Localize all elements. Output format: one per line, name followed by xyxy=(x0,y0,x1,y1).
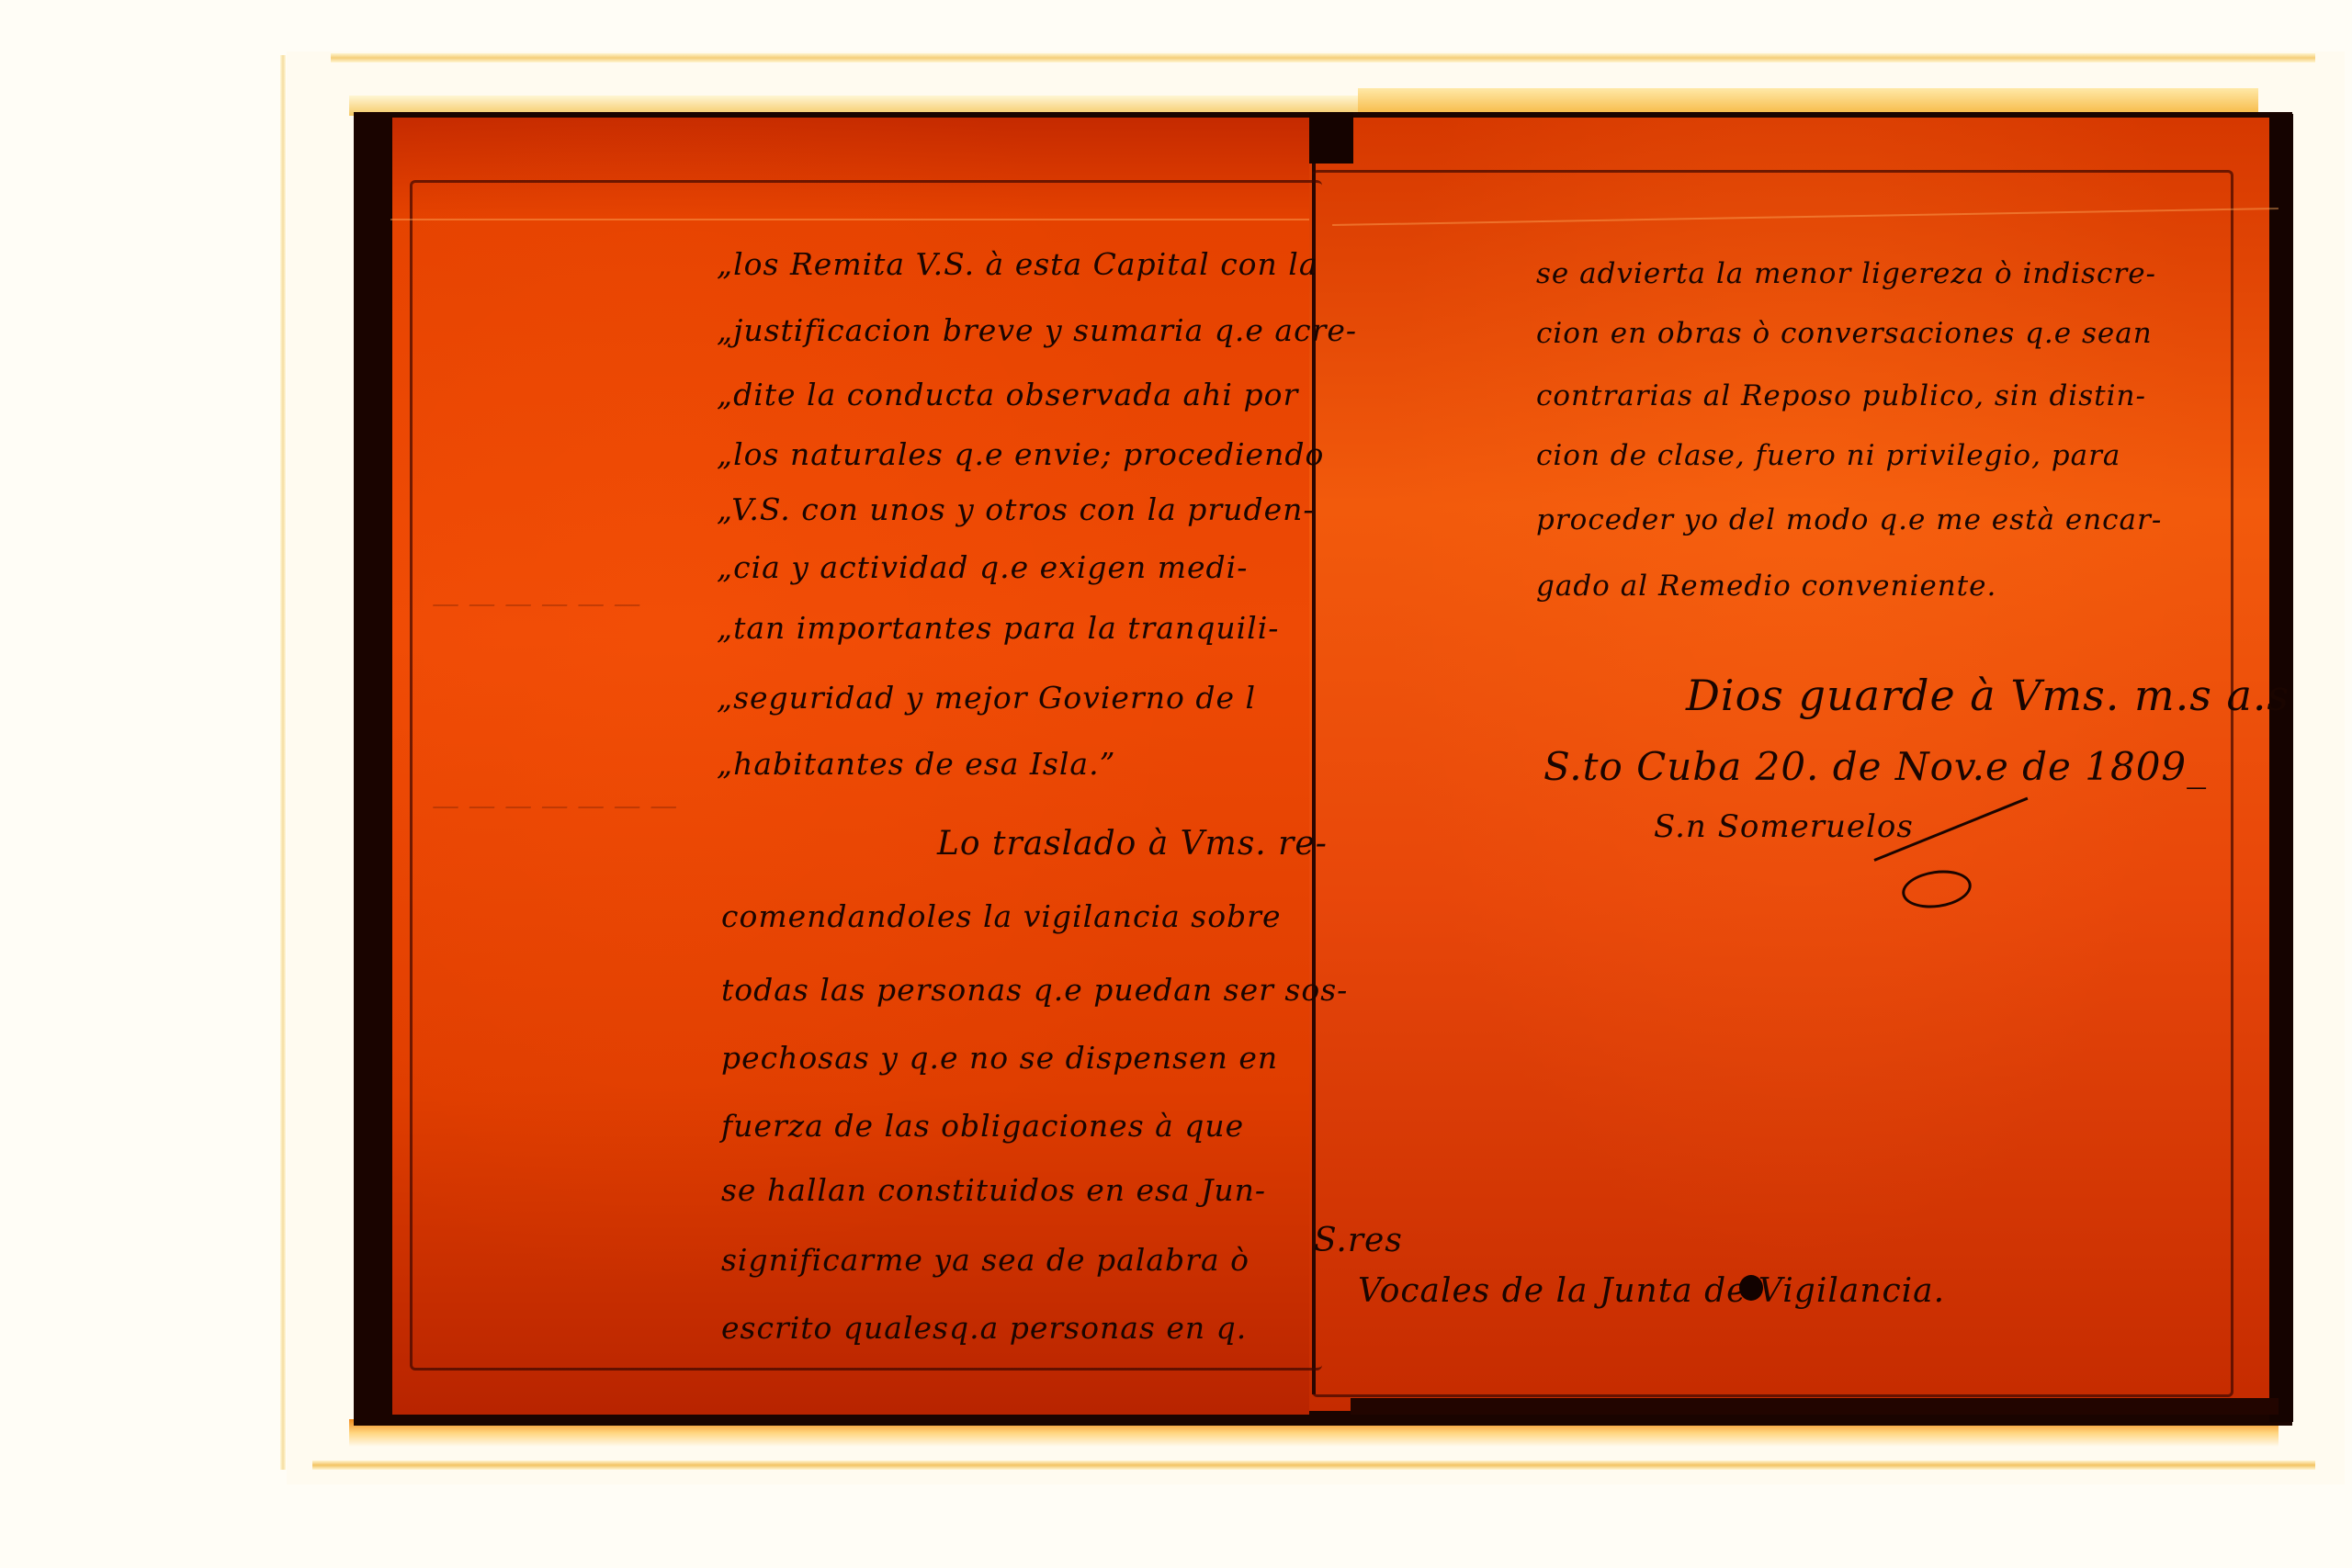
manuscript-line: gado al Remedio conveniente. xyxy=(1536,570,1996,603)
manuscript-line: pechosas y q.e no se dispensen en xyxy=(721,1040,1278,1076)
manuscript-line: „tan importantes para la tranquili- xyxy=(717,610,1279,646)
manuscript-line: „cia y actividad q.e exigen medi- xyxy=(717,549,1248,585)
address-honorific: S.res xyxy=(1314,1222,1403,1259)
bleed-through-text: — — — — — — — xyxy=(432,790,677,822)
manuscript-line: cion en obras ò conversaciones q.e sean xyxy=(1536,317,2153,350)
bleed-through-text: — — — — — — xyxy=(432,588,641,620)
manuscript-line: „V.S. con unos y otros con la pruden- xyxy=(717,491,1315,527)
manuscript-line: significarme ya sea de palabra ò xyxy=(721,1242,1249,1278)
closing-salutation: Dios guarde à Vms. m.s a.s xyxy=(1686,671,2290,720)
manuscript-line: „los Remita V.S. à esta Capital con la xyxy=(717,246,1318,282)
right-frame-band xyxy=(2269,114,2293,1422)
manuscript-line: comendandoles la vigilancia sobre xyxy=(721,898,1282,934)
manuscript-line: cion de clase, fuero ni privilegio, para xyxy=(1536,439,2120,472)
manuscript-line: „los naturales q.e envie; procediendo xyxy=(717,436,1324,472)
signature: S.n Someruelos xyxy=(1654,808,1914,845)
manuscript-line: „dite la conducta observada ahi por xyxy=(717,377,1298,412)
manuscript-line: se advierta la menor ligereza ò indiscre… xyxy=(1536,257,2156,290)
fold-line xyxy=(390,219,1309,220)
ink-blot xyxy=(1739,1275,1763,1301)
manuscript-line: contrarias al Reposo publico, sin distin… xyxy=(1536,379,2146,412)
mat-edge-left xyxy=(280,55,286,1470)
addressee: Vocales de la Junta de Vigilancia. xyxy=(1358,1272,1945,1310)
left-frame-band xyxy=(354,112,392,1416)
manuscript-line: escrito qualesq.a personas en q. xyxy=(721,1310,1247,1346)
mat-edge-bottom xyxy=(312,1461,2315,1470)
manuscript-line: „seguridad y mejor Govierno de l xyxy=(717,680,1256,716)
gutter-block xyxy=(1309,112,1353,164)
manuscript-line: „justificacion breve y sumaria q.e acre- xyxy=(717,312,1357,348)
place-and-date: S.to Cuba 20. de Nov.e de 1809_ xyxy=(1543,744,2207,789)
manuscript-line: Lo traslado à Vms. re- xyxy=(937,825,1328,863)
mat-edge-top xyxy=(331,53,2315,62)
manuscript-line: „habitantes de esa Isla.” xyxy=(717,746,1115,782)
manuscript-line: todas las personas q.e puedan ser sos- xyxy=(721,972,1348,1008)
manuscript-line: fuerza de las obligaciones à que xyxy=(721,1108,1244,1144)
bottom-frame-strip xyxy=(1351,1398,2278,1415)
manuscript-line: se hallan constituidos en esa Jun- xyxy=(721,1172,1266,1208)
manuscript-line: proceder yo del modo q.e me està encar- xyxy=(1536,503,2162,536)
